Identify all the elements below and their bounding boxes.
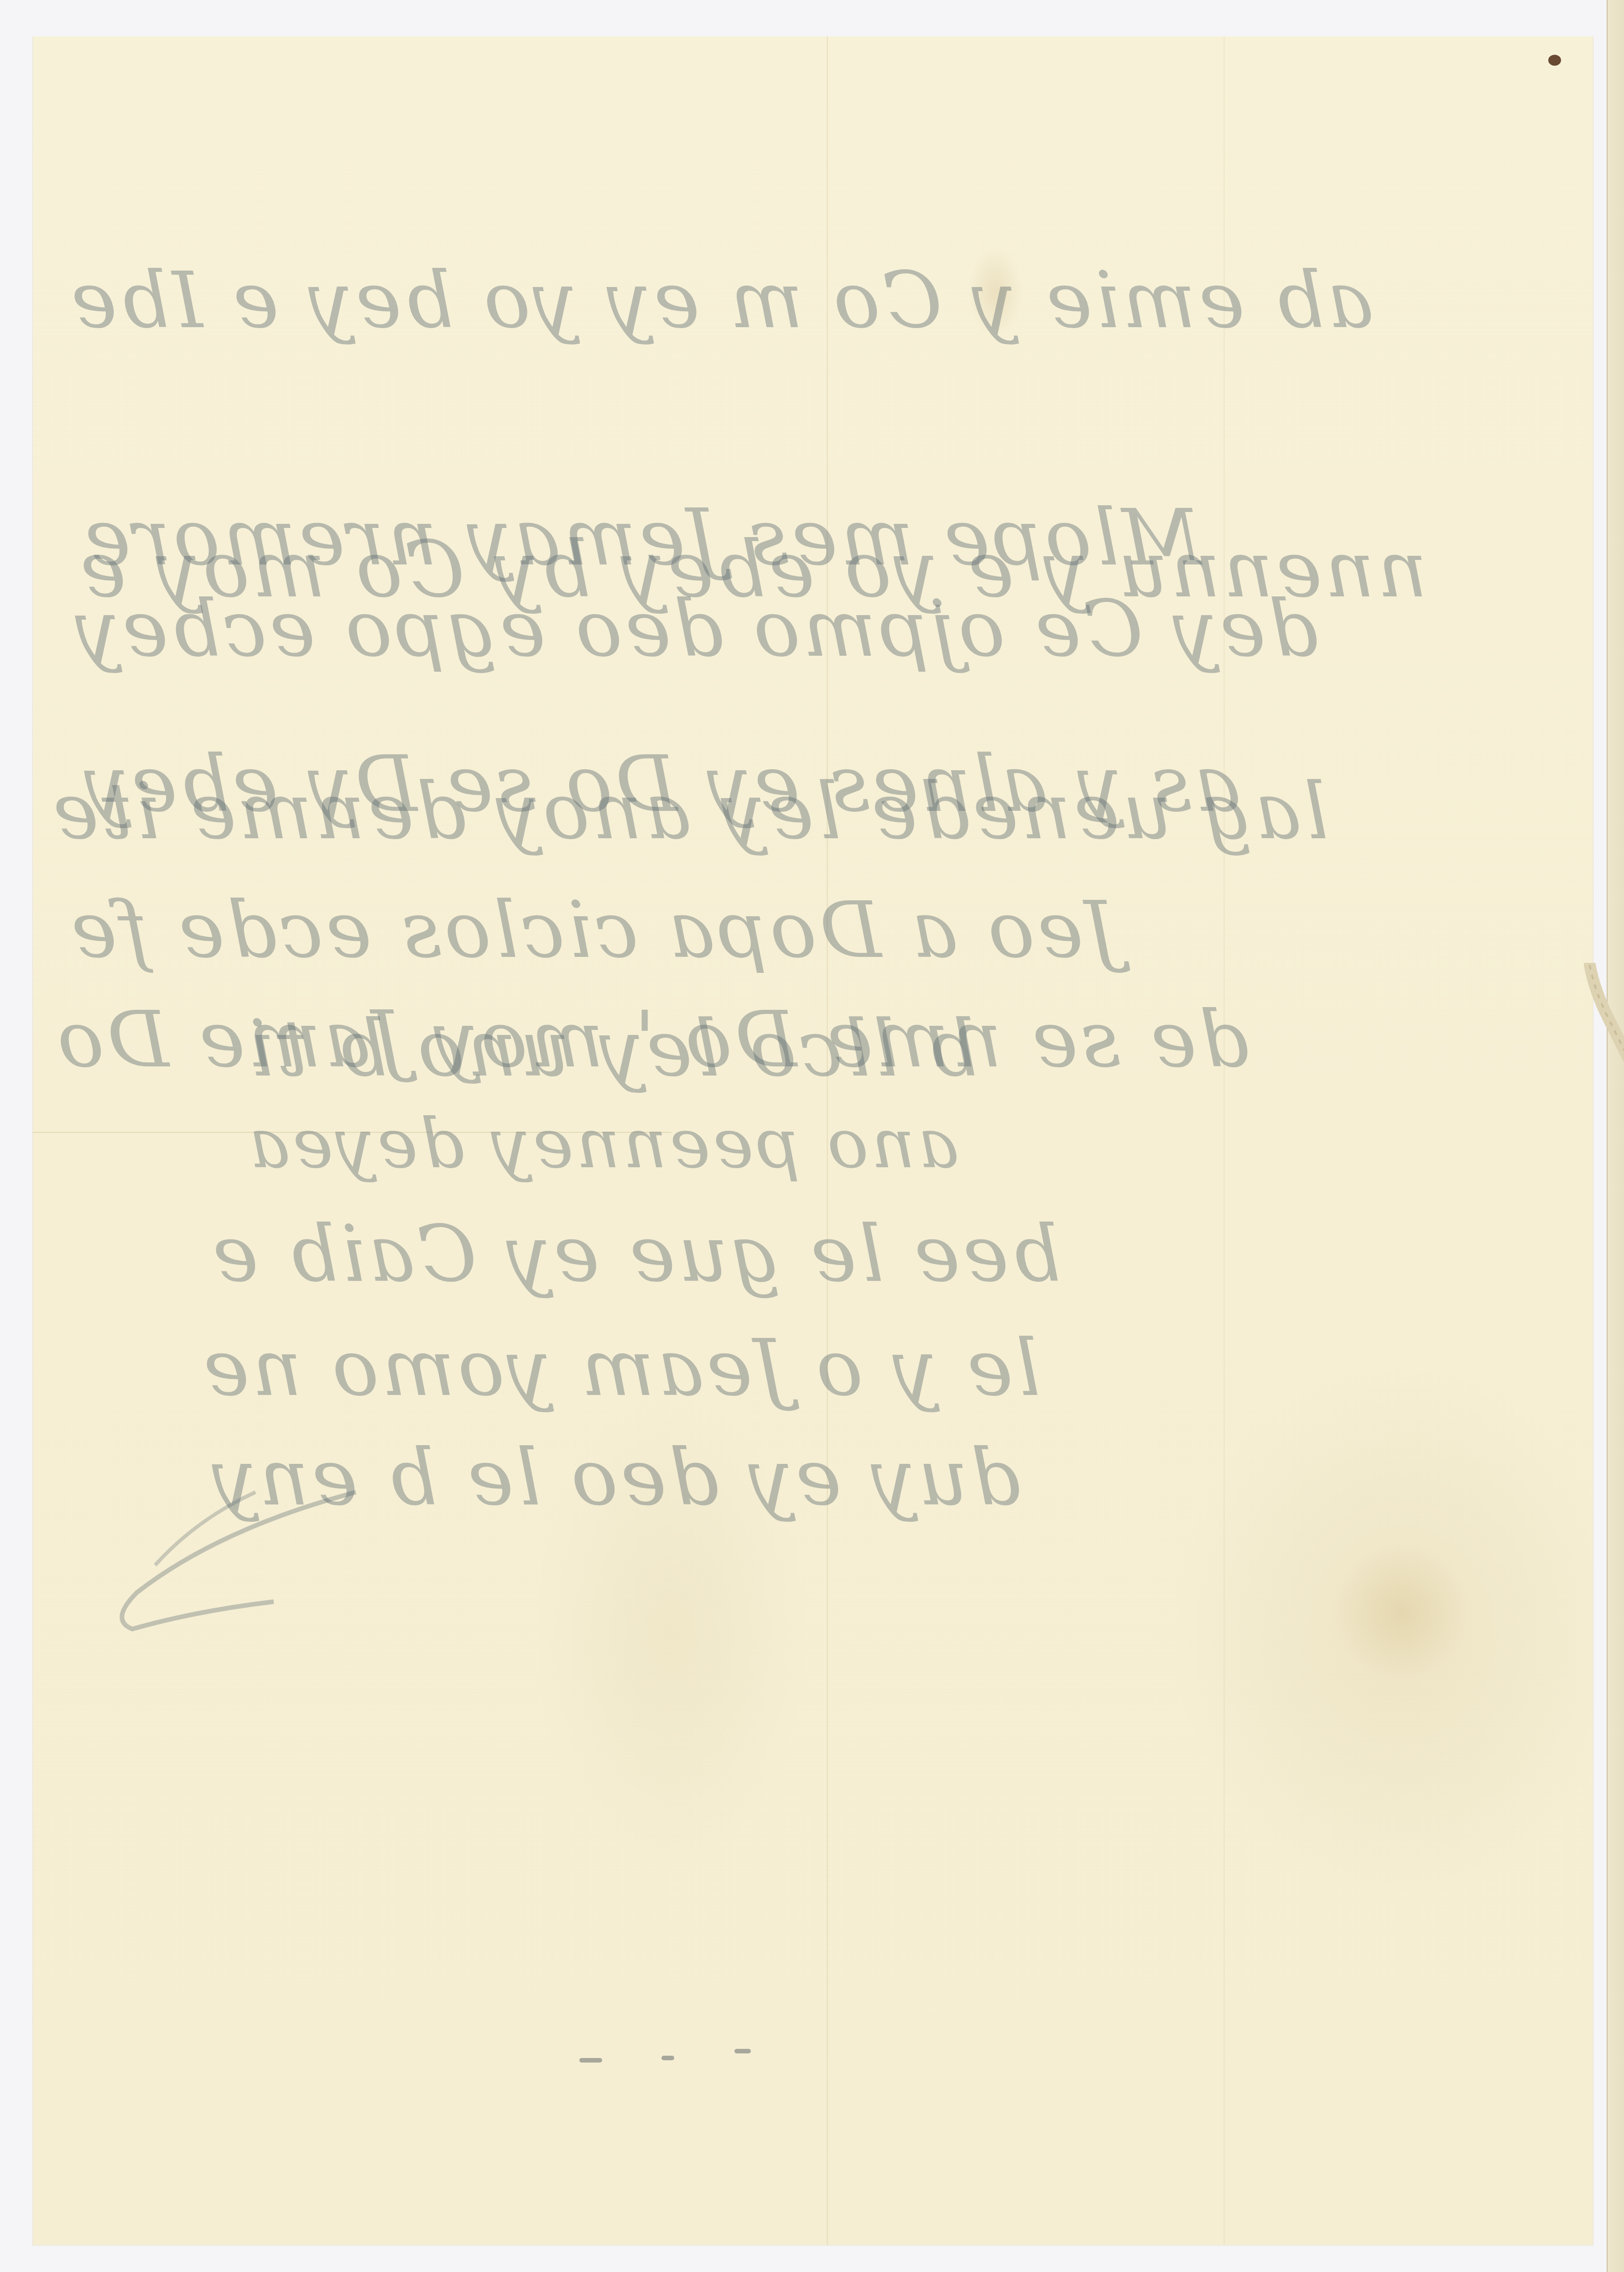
bleed-line: lag uenede ley anoy denme ite	[50, 767, 1329, 857]
signature-flourish	[82, 1474, 401, 1666]
ink-spot	[1548, 55, 1561, 66]
bleed-dot	[734, 2049, 751, 2053]
binding-string-icon	[1576, 963, 1624, 1068]
bleed-line: ano peenney deyea	[246, 1104, 959, 1184]
bleed-line: ab emie y Co m ey yo bey e Ibe	[68, 256, 1374, 346]
bleed-line: dey Ce ojpmo deo egpo ecbey	[73, 584, 1318, 674]
vertical-fold-crease-right	[1223, 37, 1225, 2245]
bleed-line: b llco ley uno b ti	[246, 1004, 978, 1094]
bleed-line: le y o Jeam yomo ne	[201, 1323, 1041, 1414]
bleed-line: bee le gue ey Caib e	[210, 1209, 1061, 1300]
bleed-dot	[661, 2056, 674, 2060]
bleed-line: Jeo a Dopa ciclos ecde fe	[68, 885, 1117, 976]
adjacent-page-edge	[1607, 0, 1624, 2272]
bleed-dot	[579, 2058, 602, 2063]
scan-background-top	[0, 0, 1624, 37]
foxing-stain	[1333, 1542, 1470, 1679]
